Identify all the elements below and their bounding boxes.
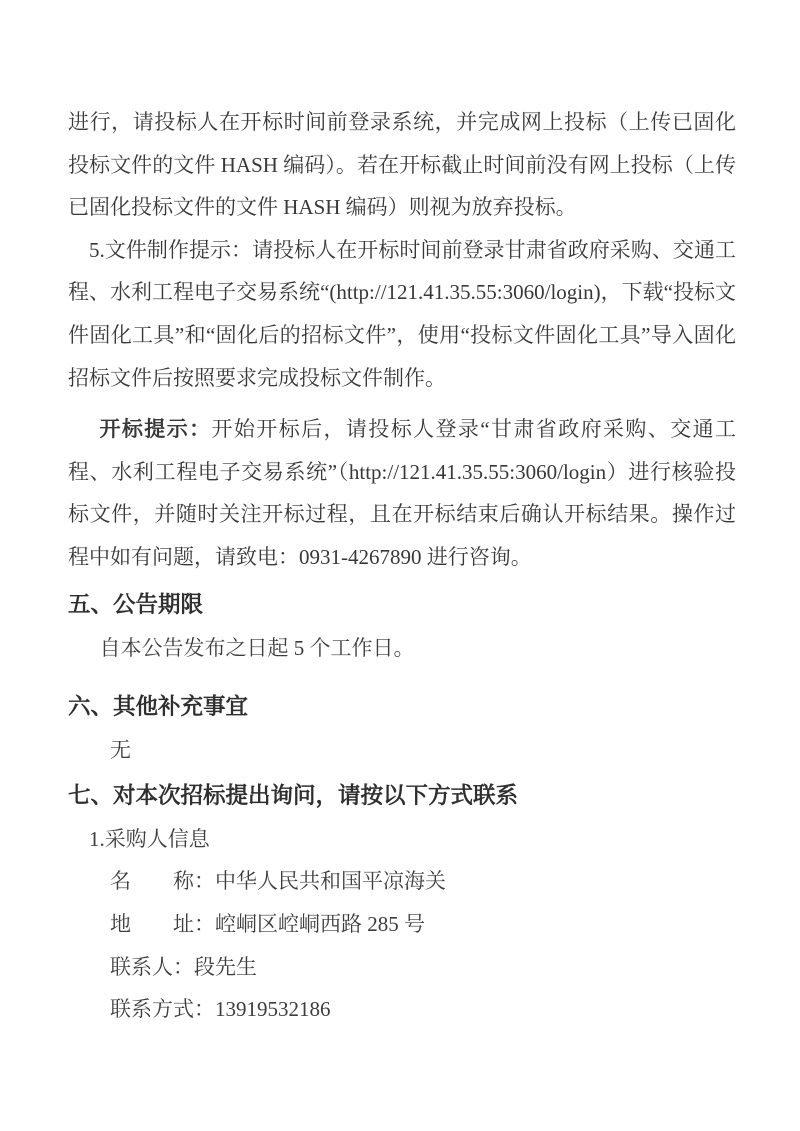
purchaser-info-subheading: 1.采购人信息 bbox=[68, 818, 736, 861]
purchaser-contact-phone-line: 联系方式：13919532186 bbox=[68, 988, 736, 1031]
paragraph-bid-opening-notice: 开标提示：开始开标后，请投标人登录“甘肃省政府采购、交通工程、水利工程电子交易系… bbox=[68, 408, 736, 578]
purchaser-contact-person-line: 联系人：段先生 bbox=[68, 946, 736, 989]
heading-other-supplementary-matters: 六、其他补充事宜 bbox=[68, 685, 736, 729]
purchaser-address-line: 地 址：崆峒区崆峒西路 285 号 bbox=[68, 903, 736, 946]
paragraph-online-bid-upload-notice: 进行，请投标人在开标时间前登录系统，并完成网上投标（上传已固化投标文件的文件 H… bbox=[68, 101, 736, 229]
heading-inquiry-contact-methods: 七、对本次招标提出询问，请按以下方式联系 bbox=[68, 774, 736, 818]
announcement-period-text: 自本公告发布之日起 5 个工作日。 bbox=[68, 627, 736, 670]
bid-opening-notice-label: 开标提示： bbox=[100, 417, 212, 441]
document-page: 进行，请投标人在开标时间前登录系统，并完成网上投标（上传已固化投标文件的文件 H… bbox=[0, 0, 800, 1131]
paragraph-file-preparation-tip: 5.文件制作提示：请投标人在开标时间前登录甘肃省政府采购、交通工程、水利工程电子… bbox=[68, 229, 736, 399]
other-supplementary-matters-text: 无 bbox=[68, 729, 736, 772]
purchaser-name-line: 名 称：中华人民共和国平凉海关 bbox=[68, 860, 736, 903]
heading-announcement-period: 五、公告期限 bbox=[68, 583, 736, 627]
document-content: 进行，请投标人在开标时间前登录系统，并完成网上投标（上传已固化投标文件的文件 H… bbox=[0, 0, 800, 1031]
